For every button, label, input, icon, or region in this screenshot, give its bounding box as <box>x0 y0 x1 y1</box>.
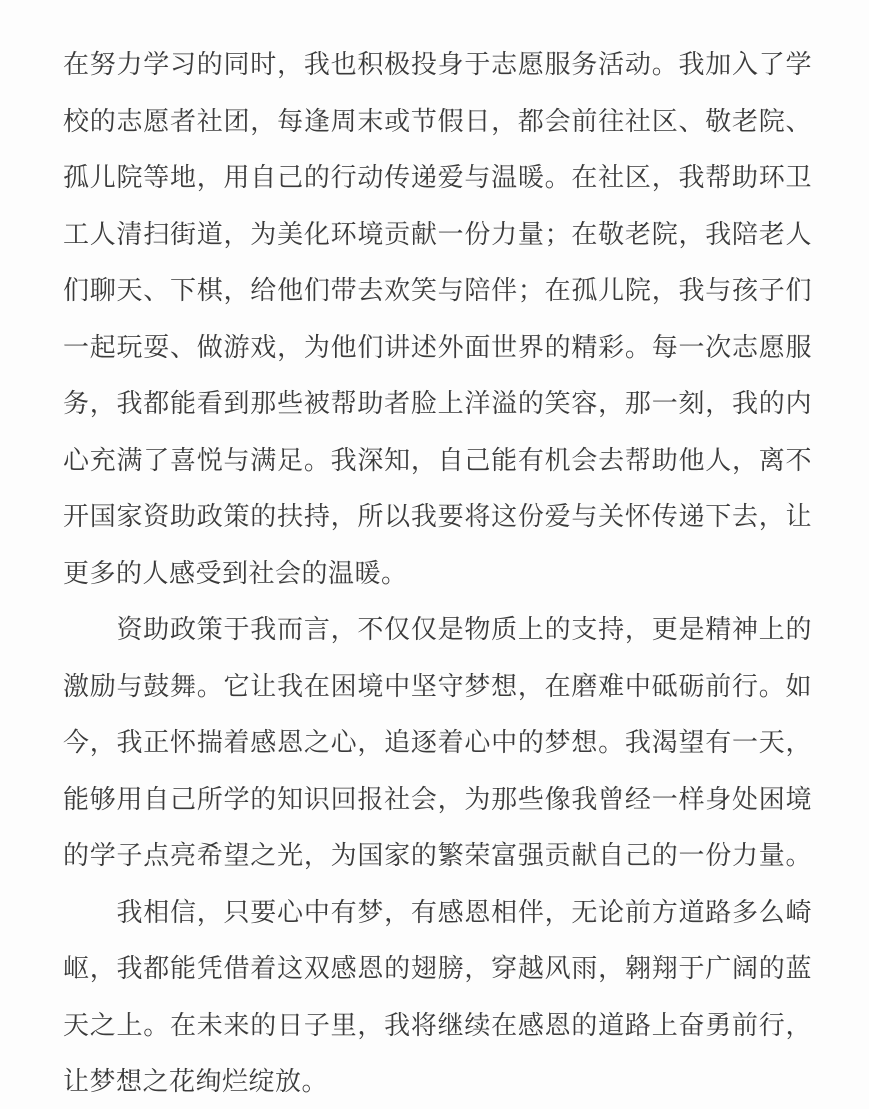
text-line: 资助政策于我而言，不仅仅是物质上的支持，更是精神上的 <box>63 602 812 659</box>
text-line: 孤儿院等地，用自己的行动传递爱与温暖。在社区，我帮助环卫 <box>63 150 812 207</box>
text-line: 一起玩耍、做游戏，为他们讲述外面世界的精彩。每一次志愿服 <box>63 320 812 377</box>
text-line: 在努力学习的同时，我也积极投身于志愿服务活动。我加入了学 <box>63 37 812 94</box>
text-line: 岖，我都能凭借着这双感恩的翅膀，穿越风雨，翱翔于广阔的蓝 <box>63 941 812 998</box>
essay-body: 在努力学习的同时，我也积极投身于志愿服务活动。我加入了学校的志愿者社团，每逢周末… <box>63 37 812 1109</box>
text-line: 我相信，只要心中有梦，有感恩相伴，无论前方道路多么崎 <box>63 885 812 942</box>
text-line: 开国家资助政策的扶持，所以我要将这份爱与关怀传递下去，让 <box>63 489 812 546</box>
paragraph-3: 我相信，只要心中有梦，有感恩相伴，无论前方道路多么崎岖，我都能凭借着这双感恩的翅… <box>63 885 812 1109</box>
text-line: 让梦想之花绚烂绽放。 <box>63 1054 812 1109</box>
text-line: 今，我正怀揣着感恩之心，追逐着心中的梦想。我渴望有一天， <box>63 715 812 772</box>
text-line: 更多的人感受到社会的温暖。 <box>63 546 812 603</box>
paragraph-2: 资助政策于我而言，不仅仅是物质上的支持，更是精神上的激励与鼓舞。它让我在困境中坚… <box>63 602 812 885</box>
text-line: 能够用自己所学的知识回报社会，为那些像我曾经一样身处困境 <box>63 772 812 829</box>
text-line: 校的志愿者社团，每逢周末或节假日，都会前往社区、敬老院、 <box>63 94 812 151</box>
text-line: 工人清扫街道，为美化环境贡献一份力量；在敬老院，我陪老人 <box>63 207 812 264</box>
text-line: 们聊天、下棋，给他们带去欢笑与陪伴；在孤儿院，我与孩子们 <box>63 263 812 320</box>
paragraph-1: 在努力学习的同时，我也积极投身于志愿服务活动。我加入了学校的志愿者社团，每逢周末… <box>63 37 812 602</box>
text-line: 激励与鼓舞。它让我在困境中坚守梦想，在磨难中砥砺前行。如 <box>63 659 812 716</box>
text-line: 心充满了喜悦与满足。我深知，自己能有机会去帮助他人，离不 <box>63 433 812 490</box>
document-page: 在努力学习的同时，我也积极投身于志愿服务活动。我加入了学校的志愿者社团，每逢周末… <box>0 0 869 1109</box>
text-line: 务，我都能看到那些被帮助者脸上洋溢的笑容，那一刻，我的内 <box>63 376 812 433</box>
text-line: 天之上。在未来的日子里，我将继续在感恩的道路上奋勇前行， <box>63 998 812 1055</box>
text-line: 的学子点亮希望之光，为国家的繁荣富强贡献自己的一份力量。 <box>63 828 812 885</box>
